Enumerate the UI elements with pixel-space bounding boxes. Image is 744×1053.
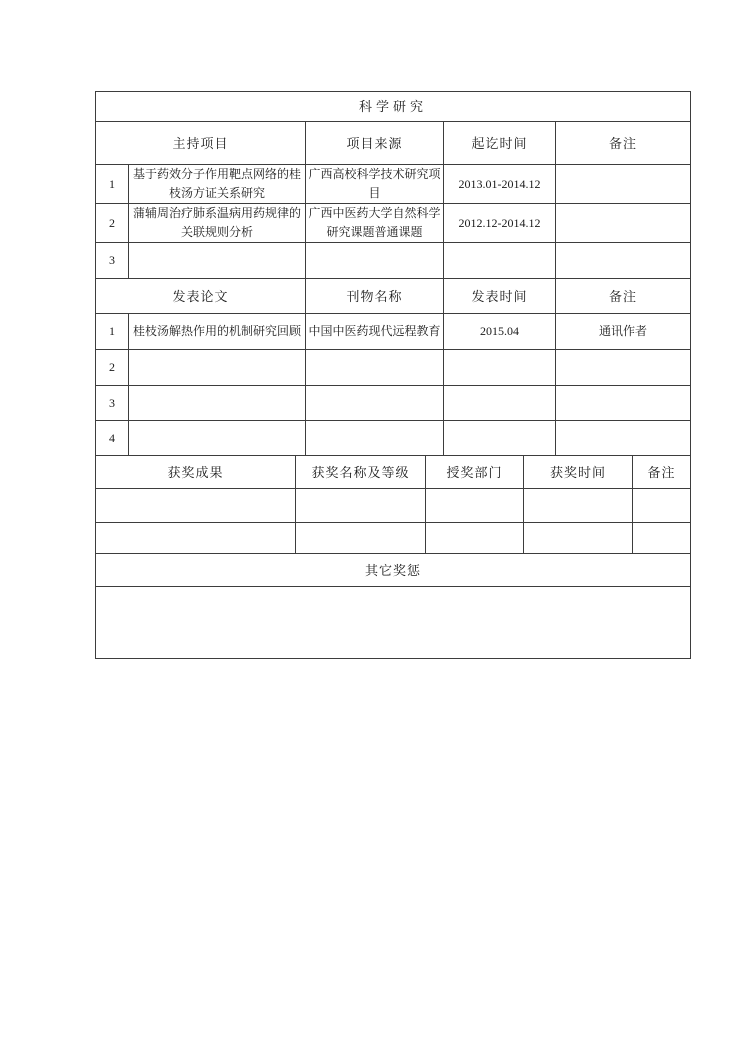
awards-header-time: 获奖时间 — [524, 456, 633, 488]
paper-title — [129, 350, 306, 385]
award-note — [633, 523, 690, 553]
project-note — [556, 165, 690, 203]
award-row — [96, 523, 690, 554]
projects-header-row: 主持项目 项目来源 起讫时间 备注 — [96, 122, 690, 165]
paper-journal — [306, 350, 444, 385]
paper-date — [444, 350, 556, 385]
papers-header-date: 发表时间 — [444, 279, 556, 313]
project-row-number: 1 — [96, 165, 129, 203]
project-name — [129, 243, 306, 278]
paper-title — [129, 421, 306, 455]
other-section-title: 其它奖惩 — [96, 554, 690, 586]
project-row-number: 3 — [96, 243, 129, 278]
paper-journal — [306, 386, 444, 420]
paper-date — [444, 386, 556, 420]
paper-note — [556, 386, 690, 420]
papers-header-note: 备注 — [556, 279, 690, 313]
award-result — [96, 523, 296, 553]
project-note — [556, 204, 690, 242]
project-row: 1 基于药效分子作用靶点网络的桂枝汤方证关系研究 广西高校科学技术研究项目 20… — [96, 165, 690, 204]
award-name — [296, 523, 426, 553]
papers-header-row: 发表论文 刊物名称 发表时间 备注 — [96, 279, 690, 314]
projects-header-period: 起讫时间 — [444, 122, 556, 164]
project-source: 广西高校科学技术研究项目 — [306, 165, 444, 203]
project-name: 基于药效分子作用靶点网络的桂枝汤方证关系研究 — [129, 165, 306, 203]
table-title-row: 科学研究 — [96, 92, 690, 122]
project-name: 蒲辅周治疗肺系温病用药规律的关联规则分析 — [129, 204, 306, 242]
papers-header-journal: 刊物名称 — [306, 279, 444, 313]
paper-row-number: 2 — [96, 350, 129, 385]
paper-note — [556, 421, 690, 455]
paper-row: 4 — [96, 421, 690, 456]
projects-header-source: 项目来源 — [306, 122, 444, 164]
paper-journal: 中国中医药现代远程教育 — [306, 314, 444, 349]
project-period: 2012.12-2014.12 — [444, 204, 556, 242]
paper-row-number: 4 — [96, 421, 129, 455]
project-source — [306, 243, 444, 278]
paper-row: 1 桂枝汤解热作用的机制研究回顾 中国中医药现代远程教育 2015.04 通讯作… — [96, 314, 690, 350]
table-title: 科学研究 — [96, 92, 690, 121]
other-section-content — [96, 587, 690, 658]
projects-header-note: 备注 — [556, 122, 690, 164]
paper-row-number: 1 — [96, 314, 129, 349]
paper-journal — [306, 421, 444, 455]
papers-header-main: 发表论文 — [96, 279, 306, 313]
award-name — [296, 489, 426, 522]
project-period — [444, 243, 556, 278]
paper-date: 2015.04 — [444, 314, 556, 349]
paper-title — [129, 386, 306, 420]
paper-note: 通讯作者 — [556, 314, 690, 349]
project-row-number: 2 — [96, 204, 129, 242]
paper-row: 3 — [96, 386, 690, 421]
project-note — [556, 243, 690, 278]
paper-row: 2 — [96, 350, 690, 386]
award-time — [524, 489, 633, 522]
awards-header-result: 获奖成果 — [96, 456, 296, 488]
awards-header-org: 授奖部门 — [426, 456, 524, 488]
awards-header-row: 获奖成果 获奖名称及等级 授奖部门 获奖时间 备注 — [96, 456, 690, 489]
projects-header-main: 主持项目 — [96, 122, 306, 164]
paper-title: 桂枝汤解热作用的机制研究回顾 — [129, 314, 306, 349]
awards-header-note: 备注 — [633, 456, 690, 488]
award-time — [524, 523, 633, 553]
award-row — [96, 489, 690, 523]
document-page: 科学研究 主持项目 项目来源 起讫时间 备注 1 基于药效分子作用靶点网络的桂枝… — [0, 0, 744, 1053]
paper-row-number: 3 — [96, 386, 129, 420]
project-period: 2013.01-2014.12 — [444, 165, 556, 203]
project-source: 广西中医药大学自然科学研究课题普通课题 — [306, 204, 444, 242]
other-section-content-row — [96, 587, 690, 658]
project-row: 3 — [96, 243, 690, 279]
awards-header-name: 获奖名称及等级 — [296, 456, 426, 488]
research-form-table: 科学研究 主持项目 项目来源 起讫时间 备注 1 基于药效分子作用靶点网络的桂枝… — [95, 91, 691, 659]
award-note — [633, 489, 690, 522]
award-org — [426, 523, 524, 553]
other-section-header-row: 其它奖惩 — [96, 554, 690, 587]
paper-note — [556, 350, 690, 385]
project-row: 2 蒲辅周治疗肺系温病用药规律的关联规则分析 广西中医药大学自然科学研究课题普通… — [96, 204, 690, 243]
award-result — [96, 489, 296, 522]
award-org — [426, 489, 524, 522]
paper-date — [444, 421, 556, 455]
